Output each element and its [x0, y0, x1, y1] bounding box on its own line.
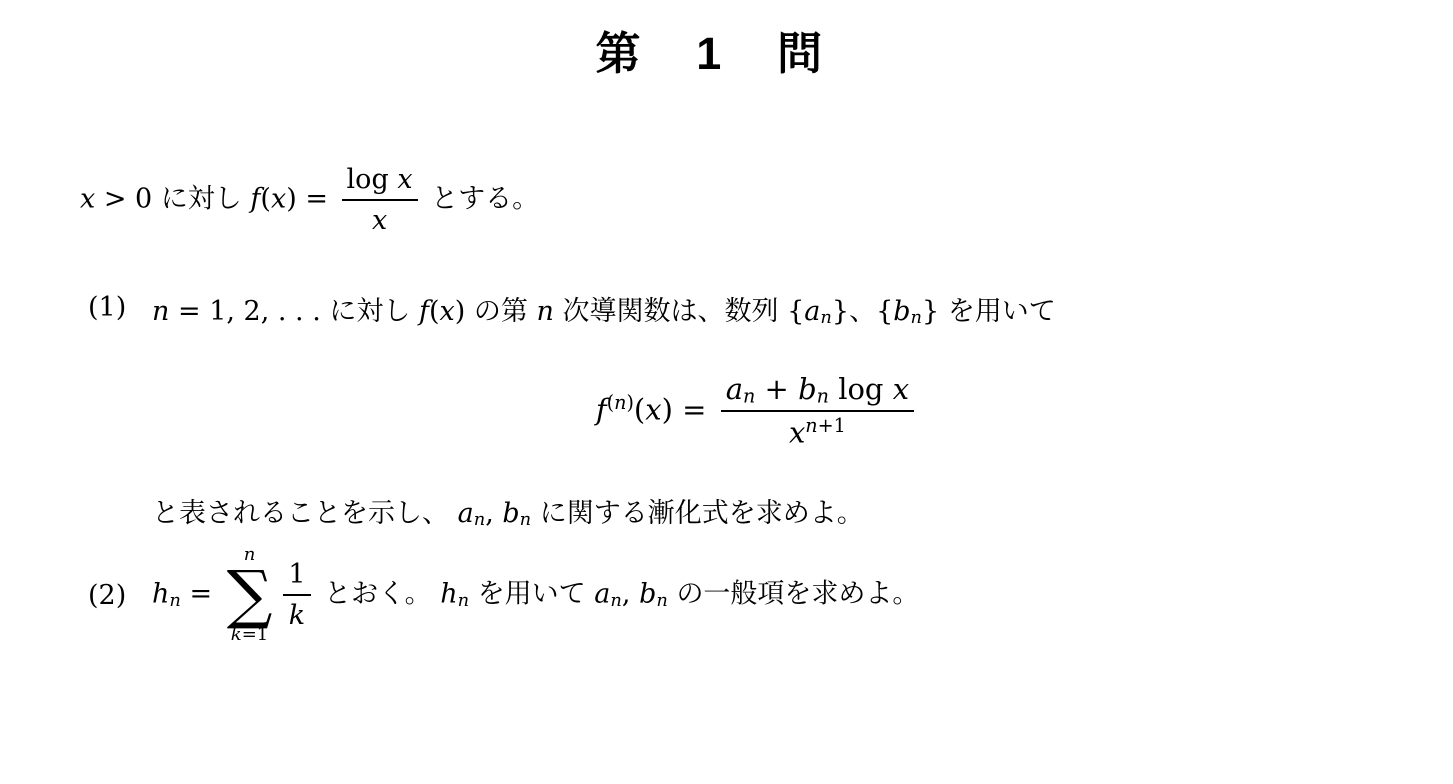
math-brace: { — [876, 296, 893, 327]
math-paren: ) — [286, 183, 297, 214]
sum-lower-limit: k=1 — [231, 625, 268, 646]
math-var: x — [789, 416, 805, 450]
page-title: 第 1 問 — [0, 28, 1423, 80]
math-op: +1 — [818, 414, 846, 437]
math-paren: ) — [455, 296, 466, 327]
math-var: b — [893, 296, 910, 327]
math-var: x — [80, 183, 95, 214]
math-var: x — [893, 372, 909, 406]
math-sub: n — [520, 509, 531, 530]
math-sup: n+1 — [805, 414, 846, 437]
math-var: n — [152, 296, 169, 327]
fraction-denominator: xn+1 — [721, 412, 914, 450]
text-jp: の第 — [474, 296, 528, 327]
text-jp: とする。 — [431, 183, 539, 214]
math-comma: , — [622, 579, 631, 610]
math-sub: n — [817, 384, 829, 407]
math-sub: n — [820, 307, 831, 328]
text-jp: を用いて — [478, 579, 586, 610]
fraction-numerator: an + bn log x — [721, 373, 914, 410]
math-op: =1 — [242, 624, 269, 645]
math-var: n — [614, 391, 626, 414]
math-relation: > 0 — [104, 183, 152, 214]
math-sub: n — [911, 307, 922, 328]
fraction-denominator: x — [342, 201, 418, 236]
math-op: log — [347, 164, 389, 195]
math-op: = — [189, 579, 212, 610]
math-var: x — [397, 164, 412, 195]
math-paren: ( — [260, 183, 271, 214]
math-sub: n — [743, 384, 755, 407]
math-var: n — [537, 296, 554, 327]
sum-operator: n∑k=1 — [227, 545, 273, 645]
math-fraction: an + bn log xxn+1 — [721, 373, 914, 450]
math-sub: n — [610, 590, 621, 611]
math-brace: { — [787, 296, 804, 327]
math-sup: (n) — [607, 391, 634, 414]
item1-line1: n = 1, 2, . . . に対し f(x) の第 n 次導関数は、数列 {… — [152, 292, 1423, 331]
math-sub: n — [458, 590, 469, 611]
math-op: = — [178, 296, 201, 327]
document-page: 第 1 問 x > 0 に対し f(x) = log xx とする。 (1) n… — [0, 0, 1453, 784]
math-sub: n — [656, 590, 667, 611]
math-var: x — [271, 183, 286, 214]
text-jp: とおく。 — [324, 579, 431, 610]
math-func: f — [419, 296, 429, 327]
fraction-numerator: log x — [342, 164, 418, 199]
text-jp: と表されることを示し、 — [152, 498, 449, 529]
math-values: 1, 2, . . . — [209, 296, 321, 327]
math-sub: n — [474, 509, 485, 530]
problem-item-2: (2) hn = n∑k=11k とおく。 hn を用いて an, bn の一般… — [88, 545, 1423, 645]
math-var: a — [458, 498, 474, 529]
math-var: b — [798, 372, 817, 406]
math-fraction: log xx — [342, 164, 418, 236]
math-op: + — [765, 372, 789, 406]
text-jp: に対し — [161, 183, 242, 214]
intro-line: x > 0 に対し f(x) = log xx とする。 — [80, 164, 1423, 236]
math-fraction: 1k — [283, 559, 310, 631]
math-var: h — [440, 579, 457, 610]
text-jp: に関する漸化式を求めよ。 — [540, 498, 864, 529]
math-op: = — [305, 183, 328, 214]
text-jp: に対し — [329, 296, 410, 327]
math-paren: ( — [429, 296, 440, 327]
math-paren: ( — [607, 391, 614, 414]
problem-item-1: (1) n = 1, 2, . . . に対し f(x) の第 n 次導関数は、… — [88, 292, 1423, 533]
math-paren: ( — [634, 393, 645, 427]
math-op: = — [682, 393, 706, 427]
math-func: f — [250, 183, 260, 214]
math-comma: , — [485, 498, 494, 529]
item1-line2: と表されることを示し、 an, bn に関する漸化式を求めよ。 — [152, 494, 1423, 533]
item2-line: hn = n∑k=11k とおく。 hn を用いて an, bn の一般項を求め… — [152, 545, 1423, 645]
math-op: log — [838, 372, 883, 406]
math-var: b — [502, 498, 519, 529]
item-content: n = 1, 2, . . . に対し f(x) の第 n 次導関数は、数列 {… — [152, 292, 1423, 533]
fraction-denominator: k — [283, 596, 310, 631]
text-jp: の一般項を求めよ。 — [676, 579, 919, 610]
math-var: b — [639, 579, 656, 610]
math-sub: n — [169, 590, 180, 611]
display-equation: f(n)(x) = an + bn log xxn+1 — [152, 373, 1363, 450]
math-var: n — [805, 414, 817, 437]
math-paren: ) — [662, 393, 673, 427]
text-jp: を用いて — [948, 296, 1056, 327]
math-var: h — [152, 579, 169, 610]
item-label: (2) — [88, 580, 152, 611]
math-var: x — [645, 393, 661, 427]
text-jp: 、 — [849, 296, 876, 327]
math-func: f — [596, 393, 607, 427]
item-label: (1) — [88, 292, 152, 323]
math-brace: } — [922, 296, 939, 327]
math-var: a — [726, 372, 743, 406]
item-content: hn = n∑k=11k とおく。 hn を用いて an, bn の一般項を求め… — [152, 545, 1423, 645]
math-brace: } — [832, 296, 849, 327]
math-paren: ) — [626, 391, 633, 414]
math-var: a — [594, 579, 610, 610]
fraction-numerator: 1 — [283, 559, 310, 594]
text-jp: 次導関数は、数列 — [563, 296, 779, 327]
sigma-symbol: ∑ — [227, 566, 273, 625]
math-var: a — [804, 296, 820, 327]
math-var: k — [231, 624, 242, 645]
math-var: x — [440, 296, 455, 327]
